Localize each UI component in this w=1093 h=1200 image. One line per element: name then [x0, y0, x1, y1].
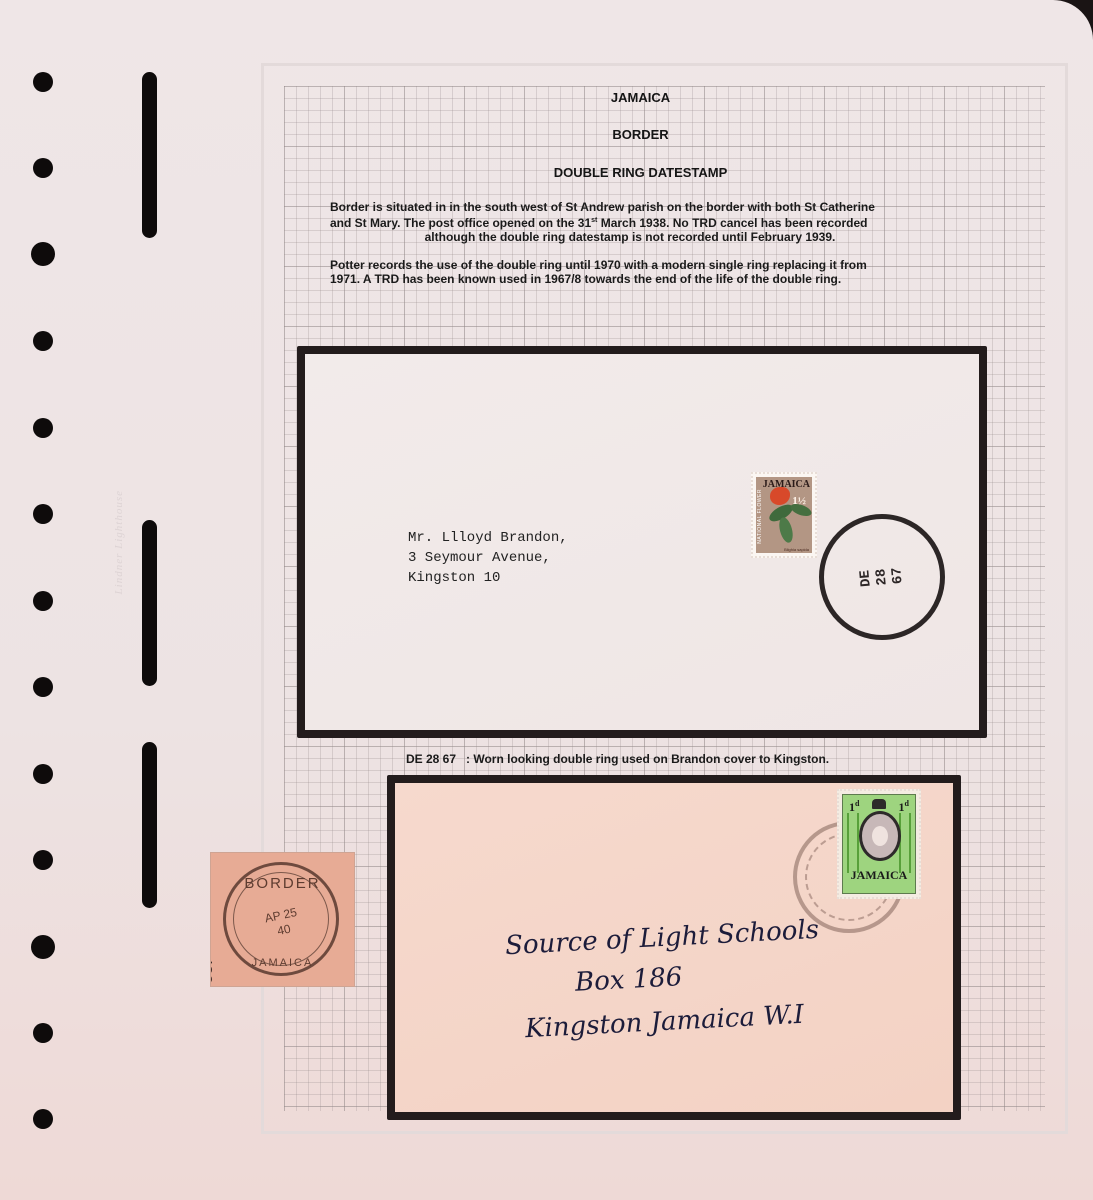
punch-hole [33, 764, 53, 784]
description-line: and St Mary. The post office opened on t… [330, 214, 930, 230]
punch-hole [33, 1023, 53, 1043]
punch-hole [33, 158, 53, 178]
leaf-icon [777, 516, 795, 544]
sugar-cane-icon [847, 813, 859, 873]
stamp-design: 1d 1d JAMAICA [842, 794, 916, 894]
description-text: and St Mary. The post office opened on t… [330, 216, 591, 230]
stamp-value-left: 1d [849, 799, 859, 815]
postmark-ring-top: BORDER [211, 875, 354, 892]
address-line: 3 Seymour Avenue, [408, 548, 568, 568]
punch-hole [33, 504, 53, 524]
postmark-ring-bottom: JAMAICA [211, 957, 354, 969]
stamp-country: JAMAICA [843, 868, 915, 883]
punch-hole [33, 850, 53, 870]
postmark-date: DE 28 67 [819, 514, 945, 640]
section-title: DOUBLE RING DATESTAMP [94, 165, 1093, 180]
page-title: JAMAICA [94, 90, 1093, 105]
postmark-year: 67 [889, 567, 906, 585]
cover-mount-brandon: Mr. Llloyd Brandon, 3 Seymour Avenue, Ki… [297, 346, 987, 738]
page-watermark: Lindner Lighthouse [113, 490, 125, 594]
sugar-cane-icon [899, 813, 911, 873]
punch-hole [31, 242, 55, 266]
punch-hole [33, 331, 53, 351]
postmark-clipping: BORDER AP 25 40 JAMAICA ce. [211, 853, 354, 986]
punch-hole [33, 72, 53, 92]
stamp-side-text: NATIONAL FLOWER [757, 489, 763, 544]
punch-hole [31, 935, 55, 959]
description-line: although the double ring datestamp is no… [330, 230, 930, 244]
punch-hole [33, 1109, 53, 1129]
handwritten-address-line: Kingston Jamaica W.I [524, 1000, 804, 1045]
description-block: Border is situated in in the south west … [330, 200, 930, 286]
stamp-national-flower: NATIONAL FLOWER JAMAICA 1½ Blighia sapid… [751, 472, 817, 558]
postmark-day: 25 [282, 905, 298, 921]
handwritten-address-line: Source of Light Schools [504, 915, 819, 961]
crown-icon [872, 799, 886, 809]
postmark-day: 28 [873, 568, 890, 586]
cover-mount-source-of-light: 1d 1d JAMAICA Source of Light Schools Bo… [387, 775, 961, 1120]
binder-slot [142, 520, 157, 686]
stamp-caption: Blighia sapida [784, 547, 809, 552]
punch-hole [33, 591, 53, 611]
postmark-year: 40 [276, 922, 292, 938]
description-line: 1971. A TRD has been known used in 1967/… [330, 272, 930, 286]
cover-brandon: Mr. Llloyd Brandon, 3 Seymour Avenue, Ki… [305, 354, 979, 730]
page-subtitle: BORDER [94, 127, 1093, 142]
double-ring-postmark: DE 28 67 [819, 514, 945, 640]
description-line: Border is situated in in the south west … [330, 200, 930, 214]
queen-portrait [859, 811, 901, 861]
typed-address: Mr. Llloyd Brandon, 3 Seymour Avenue, Ki… [408, 528, 568, 588]
binder-slot [142, 742, 157, 908]
stamp-design: NATIONAL FLOWER JAMAICA 1½ Blighia sapid… [756, 477, 812, 553]
description-line: Potter records the use of the double rin… [330, 258, 930, 272]
punch-hole [33, 677, 53, 697]
punch-hole [33, 418, 53, 438]
stamp-value-right: 1d [899, 799, 909, 815]
stamp-value: 1½ [792, 495, 806, 507]
stamp-country: JAMAICA [763, 479, 810, 490]
description-text: March 1938. No TRD cancel has been recor… [597, 216, 867, 230]
address-line: Mr. Llloyd Brandon, [408, 528, 568, 548]
cover-caption: DE 28 67 : Worn looking double ring used… [406, 752, 829, 766]
text-fragment: ce. [211, 960, 217, 984]
stamp-queen-1d: 1d 1d JAMAICA [837, 789, 921, 899]
address-line: Kingston 10 [408, 568, 568, 588]
postmark-month: DE [857, 569, 874, 587]
album-page: Lindner Lighthouse JAMAICA BORDER DOUBLE… [0, 0, 1093, 1200]
cover-source-of-light: 1d 1d JAMAICA Source of Light Schools Bo… [395, 783, 953, 1112]
handwritten-address-line: Box 186 [574, 962, 683, 998]
